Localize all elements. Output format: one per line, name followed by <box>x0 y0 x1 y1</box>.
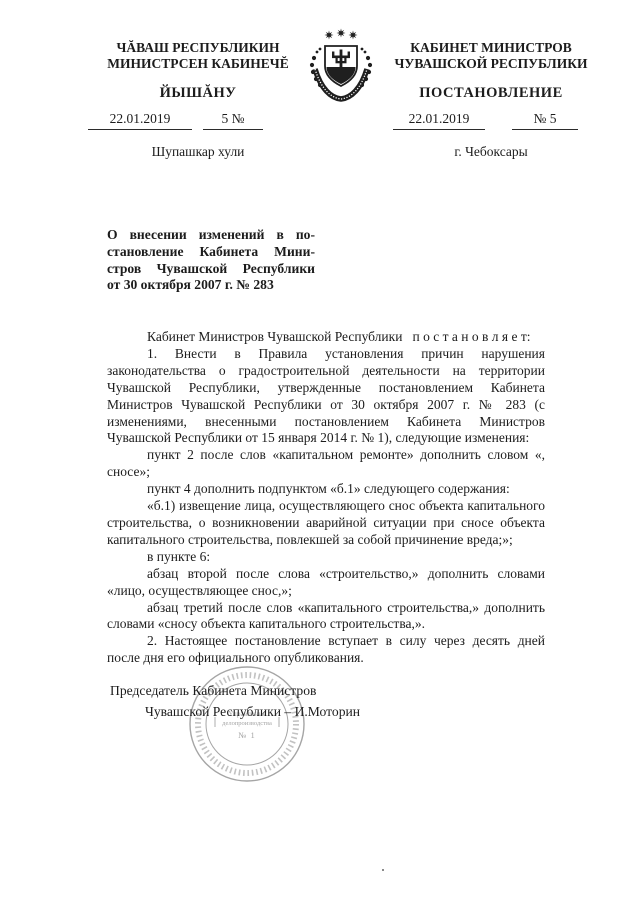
date-field-right: 22.01.2019 <box>393 111 485 130</box>
stamp-text-line3: № 1 <box>238 730 256 740</box>
title-line: становление Кабинета Мини- <box>107 244 315 261</box>
title-line: от 30 октября 2007 г. № 283 <box>107 277 315 294</box>
body-paragraph: пункт 2 после слов «капитальном ремонте»… <box>107 447 545 481</box>
body-paragraph: 2. Настоящее постановление вступает в си… <box>107 633 545 667</box>
doc-type-russian: ПОСТАНОВЛЕНИЕ <box>377 85 605 102</box>
body-paragraph: Кабинет Министров Чувашской Республики п… <box>107 329 545 346</box>
body-paragraph: пункт 4 дополнить подпунктом «б.1» следу… <box>107 481 545 498</box>
city-label-chuvash: Шупашкар хули <box>84 144 312 160</box>
signature-name: Чувашской Республики – И.Моторин <box>110 701 360 722</box>
org-name-chuvash-line1: ЧĂВАШ РЕСПУБЛИКИН <box>84 40 312 56</box>
document-page: ЧĂВАШ РЕСПУБЛИКИН МИНИСТРСЕН КАБИНЕЧĔ ЙЫ… <box>0 0 640 905</box>
body-paragraph: абзац второй после слова «строительство,… <box>107 566 545 600</box>
city-label-russian: г. Чебоксары <box>377 144 605 160</box>
header-right: КАБИНЕТ МИНИСТРОВ ЧУВАШСКОЙ РЕСПУБЛИКИ П… <box>377 40 605 102</box>
org-name-russian-line1: КАБИНЕТ МИНИСТРОВ <box>377 40 605 56</box>
number-field-right: № 5 <box>512 111 578 130</box>
document-title: О внесении изменений в по- становление К… <box>107 227 315 294</box>
signature-position: Председатель Кабинета Министров <box>110 680 360 701</box>
org-name-russian-line2: ЧУВАШСКОЙ РЕСПУБЛИКИ <box>377 56 605 72</box>
body-paragraph: абзац третий после слов «капитального ст… <box>107 600 545 634</box>
title-line: О внесении изменений в по- <box>107 227 315 244</box>
body-paragraph: в пункте 6: <box>107 549 545 566</box>
document-body: Кабинет Министров Чувашской Республики п… <box>107 329 545 667</box>
signature-block: Председатель Кабинета Министров Чувашско… <box>110 680 360 722</box>
body-paragraph: 1. Внести в Правила установления причин … <box>107 346 545 447</box>
title-line: стров Чувашской Республики <box>107 261 315 278</box>
doc-type-chuvash: ЙЫШĂНУ <box>84 85 312 102</box>
body-paragraph: «б.1) извещение лица, осуществляющего сн… <box>107 498 545 549</box>
number-field-left: 5 № <box>203 111 263 130</box>
chuvashia-coat-of-arms-icon <box>305 26 377 102</box>
org-name-chuvash-line2: МИНИСТРСЕН КАБИНЕЧĔ <box>84 56 312 72</box>
scan-artifact-dot <box>382 869 384 871</box>
header-left: ЧĂВАШ РЕСПУБЛИКИН МИНИСТРСЕН КАБИНЕЧĔ ЙЫ… <box>84 40 312 102</box>
date-field-left: 22.01.2019 <box>88 111 192 130</box>
